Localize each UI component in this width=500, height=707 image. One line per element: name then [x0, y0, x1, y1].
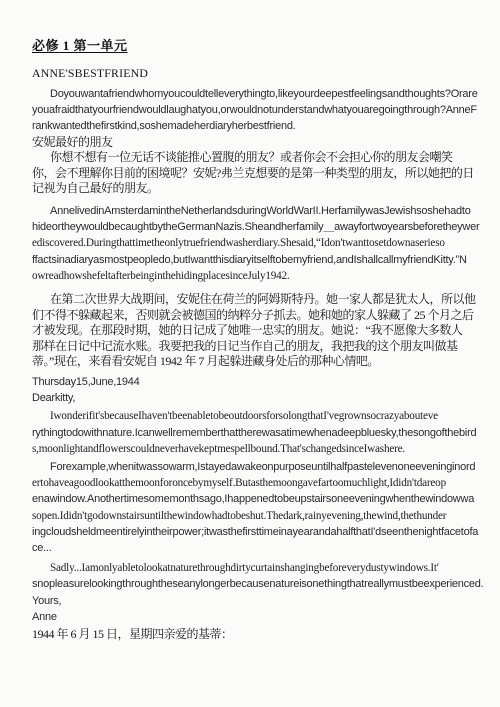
text-line: youafraidthatyourfriendwouldlaughatyou,o…	[32, 102, 482, 118]
text-line: ingcloudsheldmeentirelyintheirpower;itwa…	[32, 524, 482, 540]
text-line: ertohaveagoodlookatthemoonforoncebymysel…	[32, 475, 482, 491]
text-line: owreadhowshefeltafterbeinginthehidingpla…	[32, 268, 482, 284]
text-line: ffactsinadiaryasmostpeopledo,butIwantthi…	[32, 252, 482, 268]
text-line: Doyouwantafriendwhomyoucouldtelleverythi…	[32, 86, 482, 102]
text-line: enawindow.Anothertimesomemonthsago,Ihapp…	[32, 491, 482, 507]
text-line: snopleasurelookingthroughtheseanylongerb…	[32, 576, 482, 592]
letter-salutation: Dearkitty,	[32, 390, 482, 406]
text-line: hideortheywouldbecaughtbytheGermanNazis.…	[32, 219, 482, 235]
letter-date: Thursday15,June,1944	[32, 374, 482, 390]
text-line: Iwonderifit'sbecauseIhaven'tbeenabletobe…	[32, 408, 482, 424]
text-line: rankwantedthefirstkind,soshemadeherdiary…	[32, 118, 482, 134]
text-line: rythingtodowithnature.Icanwellrememberth…	[32, 425, 482, 441]
text-line: 们不得不躲藏起来，否则就会被德国的纳粹分子抓去。她和她的家人躲藏了 25 个月之…	[32, 308, 482, 324]
text-line: 才被发现。在那段时期，她的日记成了她唯一忠实的朋友。她说：“我不愿像大多数人	[32, 323, 482, 339]
chinese-title: 安妮最好的朋友	[32, 135, 482, 151]
text-line: Forexample,whenitwassowarm,Istayedawakeo…	[32, 459, 482, 475]
unit-title: 必修 1 第一单元	[32, 38, 482, 54]
text-line: 你，会不理解你目前的困境呢？安妮?弗兰克想要的是第一种类型的朋友，所以她把的日	[32, 166, 482, 182]
text-line: s,moonlightandflowerscouldneverhavekeptm…	[32, 441, 482, 457]
letter-signature: Anne	[32, 609, 482, 625]
text-line: AnnelivedinAmsterdamintheNetherlandsduri…	[32, 203, 482, 219]
text-line: 记视为自己最好的朋友。	[32, 181, 482, 197]
text-line: ce...	[32, 540, 482, 556]
document-body: 必修 1 第一单元ANNE'SBESTFRIENDDoyouwantafrien…	[32, 38, 482, 643]
text-line: sopen.Ididn'tgodownstairsuntilthewindowh…	[32, 508, 482, 524]
english-title: ANNE'SBESTFRIEND	[32, 65, 482, 81]
text-line: 你想不想有一位无话不谈能推心置腹的朋友？或者你会不会担心你的朋友会嘲笑	[32, 150, 482, 166]
text-line: 在第二次世界大战期间，安妮住在荷兰的阿姆斯特丹。她一家人都是犹太人，所以他	[32, 292, 482, 308]
text-line: Sadly...Iamonlyabletolookatnaturethrough…	[32, 560, 482, 576]
text-line: ediscovered.Duringthattimetheonlytruefri…	[32, 235, 482, 251]
textbook-page: 必修 1 第一单元ANNE'SBESTFRIENDDoyouwantafrien…	[0, 0, 500, 707]
chinese-date: 1944 年 6 月 15 日，星期四亲爱的基蒂：	[32, 627, 482, 643]
text-line: 蒂。”现在，来看看安妮自 1942 年 7 月起躲进藏身处后的那种心情吧。	[32, 354, 482, 370]
text-line: 那样在日记中记流水账。我要把我的日记当作自己的朋友，我把我的这个朋友叫做基	[32, 339, 482, 355]
letter-closing: Yours,	[32, 593, 482, 609]
